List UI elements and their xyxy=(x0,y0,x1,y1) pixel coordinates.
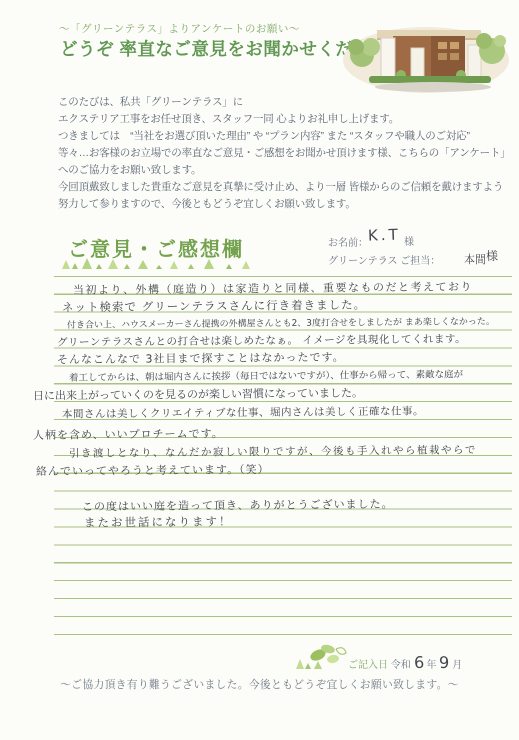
handwritten-line: 日に出来上がっていくのを見るのが楽しい習慣になっていました。 xyxy=(33,385,363,404)
month-handwritten: 9 xyxy=(439,653,450,672)
header-tagline: ～「グリーンテラス」よりアンケートのお願い～ xyxy=(59,21,300,36)
handwritten-line: この度はいい庭を造って頂き、ありがとうございました。 xyxy=(82,496,394,515)
house-illustration xyxy=(341,24,511,96)
entry-date-row: ご記入日 令和 6 年 9 月 xyxy=(348,653,462,672)
handwritten-line: そんなこんなで 3社目まで探すことはなかったです。 xyxy=(57,349,345,368)
handwritten-line: 人柄を含め、いいプロチームです。 xyxy=(33,425,224,443)
intro-line: エクステリア工事をお任せ頂き、スタッフ一同 心よりお礼申し上げます。 xyxy=(58,111,510,128)
intro-paragraph: このたびは、私共「グリーンテラス」に エクステリア工事をお任せ頂き、スタッフ一同… xyxy=(58,94,510,213)
footer-thanks: ～ご協力頂き有り難うございました。今後ともどうぞ宜しくお願い致します。～ xyxy=(0,677,519,692)
intro-line: つきましては “当社をお選び頂いた理由” や “プラン内容” また “スタッフや… xyxy=(58,128,510,145)
intro-line: へのご協力をお願い致します。 xyxy=(58,162,510,179)
year-unit: 年 xyxy=(427,660,437,671)
intro-line: 等々…お客様のお立場での率直なご意見・ご感想をお聞かせ頂けます様、こちらの「アン… xyxy=(58,145,510,162)
intro-line: 努力して参りますので、今後ともどうぞ宜しくお願い致します。 xyxy=(58,196,510,213)
handwritten-line: 絡んでいってやろうと考えています。（笑） xyxy=(36,461,270,479)
customer-name-handwritten: K.T xyxy=(368,225,401,244)
questionnaire-scan: ～「グリーンテラス」よりアンケートのお願い～ どうぞ 率直なご意見をお聞かせくだ… xyxy=(0,0,519,740)
entry-date-label: ご記入日 xyxy=(348,660,388,671)
customer-name-row: お名前： xyxy=(328,233,368,251)
intro-line: 今回頂戴致しました貴重なご意見を真摯に受け止め、より一層 皆様からのご信頼を戴け… xyxy=(58,179,510,196)
leaf-decoration xyxy=(292,643,350,671)
handwritten-line: 本間さんは美しくクリエイティブな仕事、堀内さんは美しく正確な仕事。 xyxy=(62,403,424,421)
handwritten-line: ネット検索で グリーンテラスさんに行き着きました。 xyxy=(62,297,366,316)
name-honorific: 様 xyxy=(404,233,414,248)
era-label: 令和 xyxy=(391,660,411,671)
month-unit: 月 xyxy=(452,660,462,671)
year-handwritten: 6 xyxy=(413,653,424,672)
name-label: お名前： xyxy=(328,238,368,249)
handwritten-line: またお世話になります！ xyxy=(84,513,233,530)
intro-line: このたびは、私共「グリーンテラス」に xyxy=(58,94,510,111)
